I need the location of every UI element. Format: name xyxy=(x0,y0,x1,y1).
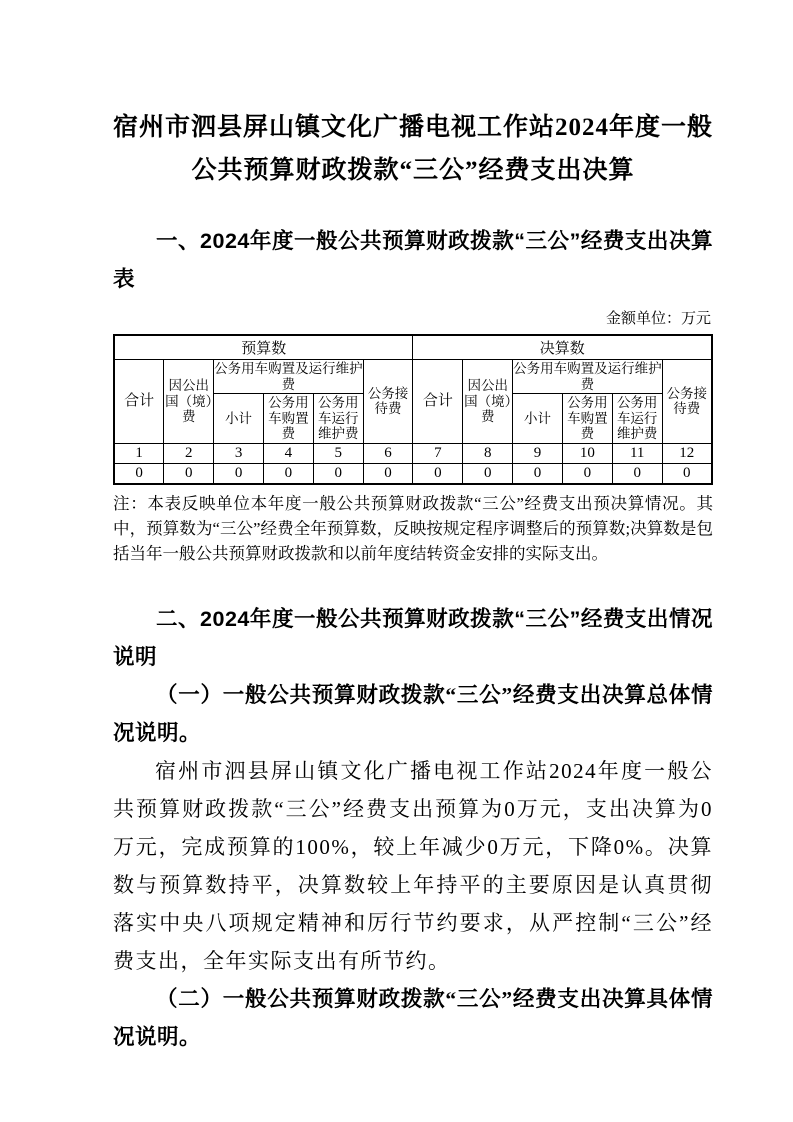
value-cell: 0 xyxy=(313,463,363,484)
column-number: 6 xyxy=(363,443,413,463)
header-purchase-final: 公务用车购置费 xyxy=(562,394,612,444)
table-group-header-row: 预算数 决算数 xyxy=(114,335,712,360)
section2-sub1-paragraph: 宿州市泗县屏山镇文化广播电视工作站2024年度一般公共预算财政拨款“三公”经费支… xyxy=(113,752,713,980)
table-note: 注：本表反映单位本年度一般公共预算财政拨款“三公”经费支出预决算情况。其中，预算… xyxy=(113,491,713,566)
document-title: 宿州市泗县屏山镇文化广播电视工作站2024年度一般 公共预算财政拨款“三公”经费… xyxy=(113,106,713,192)
group-header-budget: 预算数 xyxy=(114,335,413,360)
column-number: 2 xyxy=(164,443,214,463)
section2-sub2-heading: （二）一般公共预算财政拨款“三公”经费支出决算具体情况说明。 xyxy=(113,980,713,1056)
column-number: 4 xyxy=(263,443,313,463)
column-number: 1 xyxy=(114,443,164,463)
header-reception-budget: 公务接待费 xyxy=(363,360,413,444)
value-cell: 0 xyxy=(562,463,612,484)
value-cell: 0 xyxy=(513,463,563,484)
value-cell: 0 xyxy=(263,463,313,484)
section2-sub1-heading: （一）一般公共预算财政拨款“三公”经费支出决算总体情况说明。 xyxy=(113,676,713,752)
value-cell: 0 xyxy=(413,463,463,484)
column-number: 7 xyxy=(413,443,463,463)
column-number: 12 xyxy=(662,443,712,463)
group-header-final: 决算数 xyxy=(413,335,712,360)
column-number: 3 xyxy=(214,443,264,463)
table-value-row: 0 0 0 0 0 0 0 0 0 0 0 0 xyxy=(114,463,712,484)
column-number: 9 xyxy=(513,443,563,463)
document-content: 宿州市泗县屏山镇文化广播电视工作站2024年度一般 公共预算财政拨款“三公”经费… xyxy=(0,0,793,1056)
column-number: 5 xyxy=(313,443,363,463)
table-column-number-row: 1 2 3 4 5 6 7 8 9 10 11 12 xyxy=(114,443,712,463)
document-title-line2: 公共预算财政拨款“三公”经费支出决算 xyxy=(113,149,713,192)
header-subtotal-final: 小计 xyxy=(513,394,563,444)
value-cell: 0 xyxy=(114,463,164,484)
header-reception-final: 公务接待费 xyxy=(662,360,712,444)
header-subtotal-budget: 小计 xyxy=(214,394,264,444)
header-vehicle-group-budget: 公务用车购置及运行维护费 xyxy=(214,360,363,394)
header-total-final: 合计 xyxy=(413,360,463,444)
value-cell: 0 xyxy=(612,463,662,484)
document-title-line1: 宿州市泗县屏山镇文化广播电视工作站2024年度一般 xyxy=(113,106,713,149)
amount-unit-label: 金额单位：万元 xyxy=(113,308,713,330)
section2-heading: 二、2024年度一般公共预算财政拨款“三公”经费支出情况说明 xyxy=(113,600,713,676)
header-purchase-budget: 公务用车购置费 xyxy=(263,394,313,444)
value-cell: 0 xyxy=(463,463,513,484)
value-cell: 0 xyxy=(363,463,413,484)
column-number: 11 xyxy=(612,443,662,463)
three-public-expense-table: 预算数 决算数 合计 因公出国（境）费 公务用车购置及运行维护费 公务接待费 合… xyxy=(113,334,713,485)
column-number: 10 xyxy=(562,443,612,463)
column-number: 8 xyxy=(463,443,513,463)
section1-heading: 一、2024年度一般公共预算财政拨款“三公”经费支出决算表 xyxy=(113,222,713,298)
header-maintenance-final: 公务用车运行维护费 xyxy=(612,394,662,444)
table-header-row: 合计 因公出国（境）费 公务用车购置及运行维护费 公务接待费 合计 因公出国（境… xyxy=(114,360,712,394)
header-total-budget: 合计 xyxy=(114,360,164,444)
value-cell: 0 xyxy=(662,463,712,484)
document-page: 宿州市泗县屏山镇文化广播电视工作站2024年度一般 公共预算财政拨款“三公”经费… xyxy=(0,0,793,1122)
header-abroad-final: 因公出国（境）费 xyxy=(463,360,513,444)
header-maintenance-budget: 公务用车运行维护费 xyxy=(313,394,363,444)
value-cell: 0 xyxy=(214,463,264,484)
header-abroad-budget: 因公出国（境）费 xyxy=(164,360,214,444)
header-vehicle-group-final: 公务用车购置及运行维护费 xyxy=(513,360,662,394)
value-cell: 0 xyxy=(164,463,214,484)
